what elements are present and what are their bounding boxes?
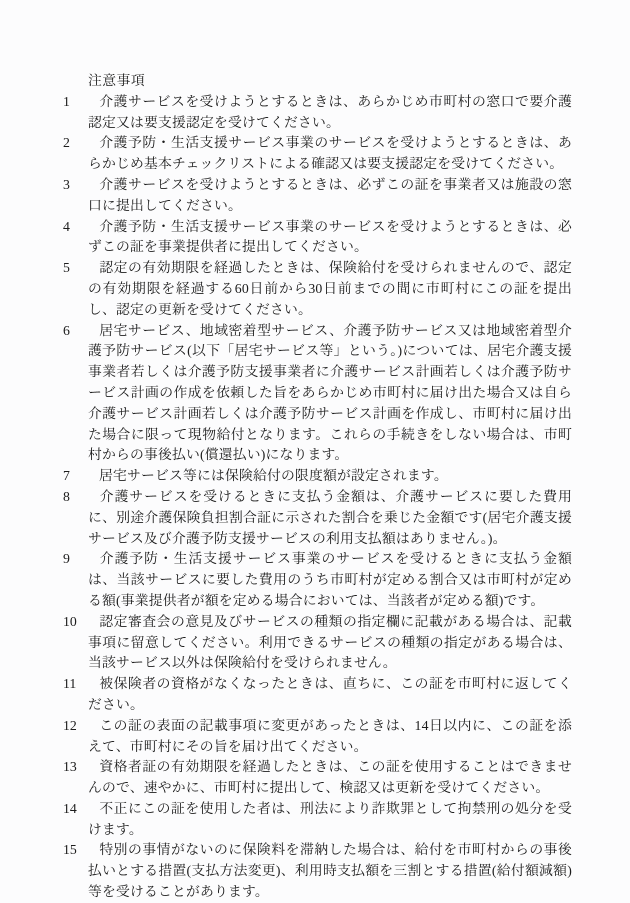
note-item-text: 介護サービスを受けるときに支払う金額は、介護サービスに要した費用に、別途介護保険… — [88, 489, 572, 546]
note-item: 1介護サービスを受けようとするときは、あらかじめ市町村の窓口で要介護認定又は要支… — [63, 92, 572, 134]
note-item-number: 7 — [63, 466, 99, 487]
note-item-number: 15 — [63, 840, 99, 861]
note-item-number: 13 — [63, 757, 99, 778]
note-item-text: 資格者証の有効期限を経過したときは、この証を使用することはできませんので、速やか… — [88, 759, 572, 795]
note-item-number: 6 — [63, 321, 99, 342]
note-item: 7居宅サービス等には保険給付の限度額が設定されます。 — [63, 466, 572, 487]
notes-list: 1介護サービスを受けようとするときは、あらかじめ市町村の窓口で要介護認定又は要支… — [63, 92, 572, 903]
note-item-number: 8 — [63, 487, 99, 508]
note-item-text: 不正にこの証を使用した者は、刑法により詐欺罪として拘禁刑の処分を受けます。 — [88, 801, 572, 837]
note-item-text: この証の表面の記載事項に変更があったときは、14日以内に、この証を添えて、市町村… — [88, 718, 572, 754]
note-item-text: 介護サービスを受けようとするときは、必ずこの証を事業者又は施設の窓口に提出してく… — [88, 177, 572, 213]
note-item-number: 10 — [63, 612, 99, 633]
note-item-number: 1 — [63, 92, 99, 113]
note-item-text: 介護予防・生活支援サービス事業のサービスを受けるときに支払う金額は、当該サービス… — [88, 551, 572, 608]
note-item-number: 9 — [63, 549, 99, 570]
note-item-text: 居宅サービス、地域密着型サービス、介護予防サービス又は地域密着型介護予防サービス… — [88, 323, 572, 463]
note-item-text: 居宅サービス等には保険給付の限度額が設定されます。 — [99, 468, 448, 483]
note-item-number: 3 — [63, 175, 99, 196]
note-item: 13資格者証の有効期限を経過したときは、この証を使用することはできませんので、速… — [63, 757, 572, 799]
note-item-number: 12 — [63, 716, 99, 737]
note-item-text: 認定審査会の意見及びサービスの種類の指定欄に記載がある場合は、記載事項に留意して… — [88, 614, 572, 671]
note-item: 5認定の有効期限を経過したときは、保険給付を受けられませんので、認定の有効期限を… — [63, 258, 572, 320]
note-item: 15特別の事情がないのに保険料を滞納した場合は、給付を市町村からの事後払いとする… — [63, 840, 572, 902]
note-item-text: 特別の事情がないのに保険料を滞納した場合は、給付を市町村からの事後払いとする措置… — [88, 842, 572, 899]
note-item-number: 5 — [63, 258, 99, 279]
note-item: 14不正にこの証を使用した者は、刑法により詐欺罪として拘禁刑の処分を受けます。 — [63, 799, 572, 841]
note-item-text: 介護サービスを受けようとするときは、あらかじめ市町村の窓口で要介護認定又は要支援… — [88, 94, 572, 130]
note-item-number: 2 — [63, 133, 99, 154]
note-item: 10認定審査会の意見及びサービスの種類の指定欄に記載がある場合は、記載事項に留意… — [63, 612, 572, 674]
note-item: 11被保険者の資格がなくなったときは、直ちに、この証を市町村に返してください。 — [63, 674, 572, 716]
note-item-number: 4 — [63, 217, 99, 238]
note-item-number: 11 — [63, 674, 99, 695]
note-item: 6居宅サービス、地域密着型サービス、介護予防サービス又は地域密着型介護予防サービ… — [63, 321, 572, 467]
note-item-text: 認定の有効期限を経過したときは、保険給付を受けられませんので、認定の有効期限を経… — [88, 260, 572, 317]
note-item: 12この証の表面の記載事項に変更があったときは、14日以内に、この証を添えて、市… — [63, 716, 572, 758]
document-background: { "document": { "title": "注意事項", "items"… — [0, 0, 630, 903]
note-item-text: 被保険者の資格がなくなったときは、直ちに、この証を市町村に返してください。 — [88, 676, 572, 712]
note-item: 2介護予防・生活支援サービス事業のサービスを受けようとするときは、あらかじめ基本… — [63, 133, 572, 175]
note-item-text: 介護予防・生活支援サービス事業のサービスを受けようとするときは、必ずこの証を事業… — [88, 219, 572, 255]
note-item-text: 介護予防・生活支援サービス事業のサービスを受けようとするときは、あらかじめ基本チ… — [88, 135, 572, 171]
document-title: 注意事項 — [88, 71, 572, 92]
document-page: 注意事項 1介護サービスを受けようとするときは、あらかじめ市町村の窓口で要介護認… — [0, 0, 630, 903]
note-item: 3介護サービスを受けようとするときは、必ずこの証を事業者又は施設の窓口に提出して… — [63, 175, 572, 217]
note-item: 4介護予防・生活支援サービス事業のサービスを受けようとするときは、必ずこの証を事… — [63, 217, 572, 259]
note-item: 8介護サービスを受けるときに支払う金額は、介護サービスに要した費用に、別途介護保… — [63, 487, 572, 549]
note-item-number: 14 — [63, 799, 99, 820]
note-item: 9介護予防・生活支援サービス事業のサービスを受けるときに支払う金額は、当該サービ… — [63, 549, 572, 611]
